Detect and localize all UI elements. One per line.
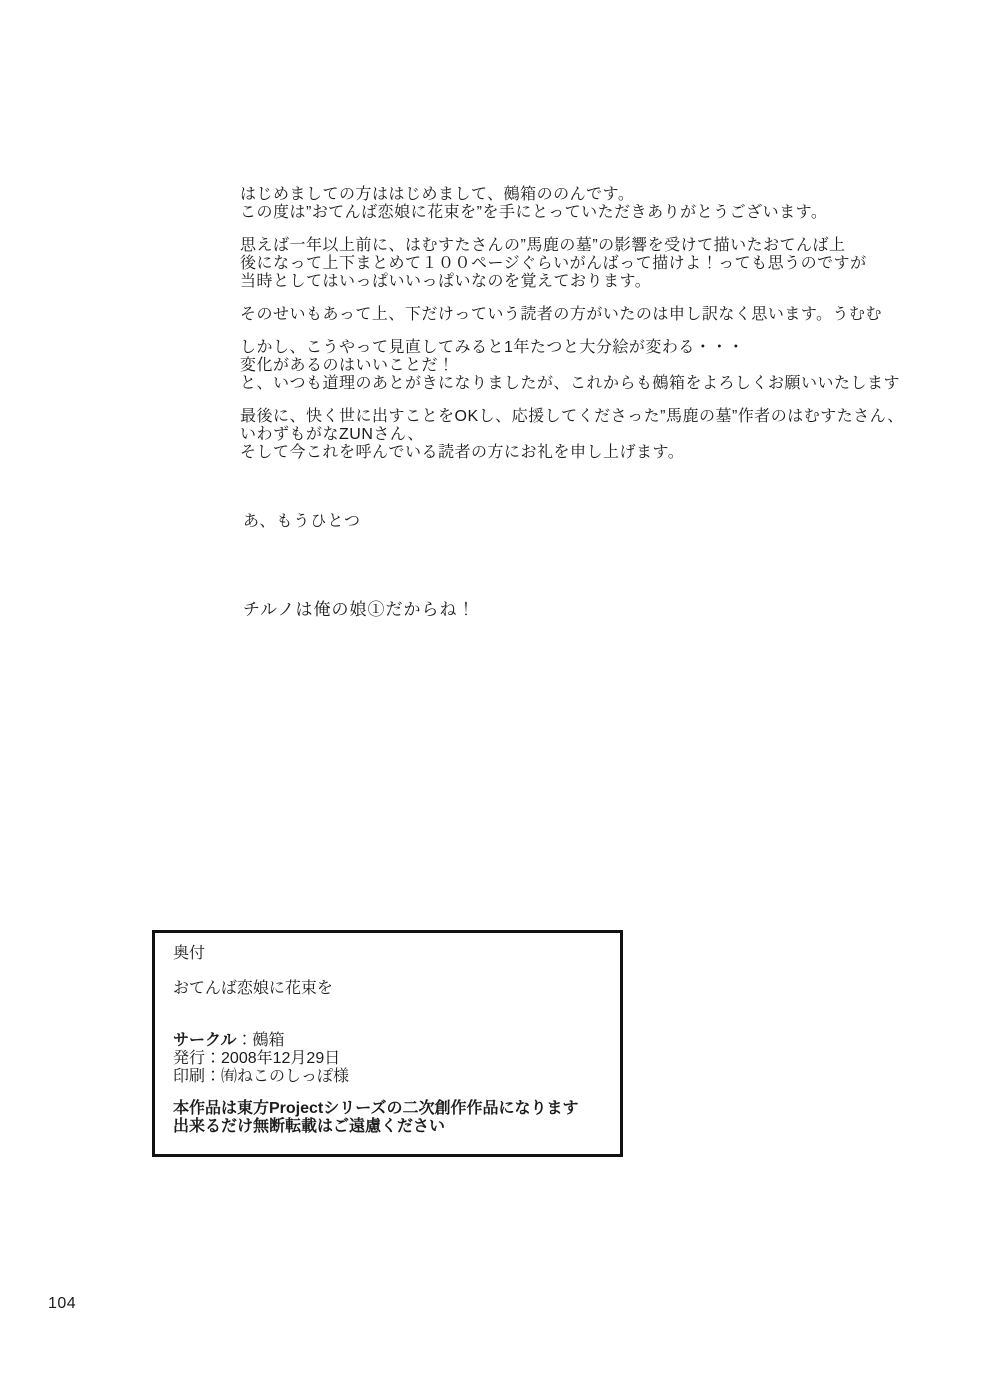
- colophon-row-label: サークル: [173, 1032, 237, 1049]
- afterword-line: 後になって上下まとめて１００ページぐらいがんばって描けよ！っても思うのですが: [240, 255, 904, 273]
- afterword-line: 当時としてはいっぱいいっぱいなのを覚えております。: [240, 273, 904, 291]
- afterword-line: そのせいもあって上、下だけっていう読者の方がいたのは申し訳なく思います。うむむ: [240, 306, 904, 324]
- afterword-text: はじめましての方ははじめまして、鵺箱ののんです。この度は”おてんば恋娘に花束を”…: [240, 186, 904, 477]
- afterword-line: 最後に、快く世に出すことをOKし、応援してくださった”馬鹿の墓”作者のはむすたさ…: [240, 408, 904, 426]
- afterword-line: そして今これを呼んでいる読者の方にお礼を申し上げます。: [240, 444, 904, 462]
- colophon-row-value: 鵺箱: [253, 1032, 285, 1049]
- colophon-box: 奥付 おてんば恋娘に花束を サークル：鵺箱発行：2008年12月29日印刷：㈲ね…: [152, 930, 623, 1157]
- afterword-line: 思えば一年以上前に、はむすたさんの”馬鹿の墓”の影響を受けて描いたおてんば上: [240, 237, 904, 255]
- colophon-rows: サークル：鵺箱発行：2008年12月29日印刷：㈲ねこのしっぽ様: [173, 1032, 602, 1086]
- colophon-book-title: おてんば恋娘に花束を: [173, 980, 602, 998]
- afterword-punchline: チルノは俺の娘①だからね！: [243, 595, 475, 620]
- afterword-paragraph: 思えば一年以上前に、はむすたさんの”馬鹿の墓”の影響を受けて描いたおてんば上後に…: [240, 237, 904, 291]
- afterword-line: 変化があるのはいいことだ！: [240, 357, 904, 375]
- colophon-row-label: 発行: [173, 1050, 205, 1067]
- colophon-row: 発行：2008年12月29日: [173, 1050, 602, 1068]
- colophon-row-separator: ：: [205, 1068, 221, 1085]
- colophon-heading: 奥付: [173, 945, 602, 963]
- scanned-afterword-page: はじめましての方ははじめまして、鵺箱ののんです。この度は”おてんば恋娘に花束を”…: [0, 0, 1000, 1398]
- afterword-aside: あ、もうひとつ: [243, 508, 361, 531]
- afterword-paragraph: しかし、こうやって見直してみると1年たつと大分絵が変わる・・・変化があるのはいい…: [240, 339, 904, 393]
- colophon-row-value: ㈲ねこのしっぽ様: [221, 1068, 349, 1085]
- colophon-row-separator: ：: [205, 1050, 221, 1067]
- afterword-line: はじめましての方ははじめまして、鵺箱ののんです。: [240, 186, 904, 204]
- colophon-row: サークル：鵺箱: [173, 1032, 602, 1050]
- page-number: 104: [48, 1295, 76, 1313]
- colophon-row-label: 印刷: [173, 1068, 205, 1085]
- colophon-note-line: 本作品は東方Projectシリーズの二次創作作品になります: [173, 1100, 602, 1118]
- afterword-line: いわずもがなZUNさん、: [240, 426, 904, 444]
- afterword-paragraph: そのせいもあって上、下だけっていう読者の方がいたのは申し訳なく思います。うむむ: [240, 306, 904, 324]
- afterword-paragraph: はじめましての方ははじめまして、鵺箱ののんです。この度は”おてんば恋娘に花束を”…: [240, 186, 904, 222]
- colophon-notes: 本作品は東方Projectシリーズの二次創作作品になります出来るだけ無断転載はご…: [173, 1100, 602, 1136]
- afterword-paragraph: 最後に、快く世に出すことをOKし、応援してくださった”馬鹿の墓”作者のはむすたさ…: [240, 408, 904, 462]
- afterword-line: と、いつも道理のあとがきになりましたが、これからも鵺箱をよろしくお願いいたします: [240, 375, 904, 393]
- colophon-row-separator: ：: [237, 1032, 253, 1049]
- colophon-row: 印刷：㈲ねこのしっぽ様: [173, 1068, 602, 1086]
- colophon-note-line: 出来るだけ無断転載はご遠慮ください: [173, 1118, 602, 1136]
- afterword-line: この度は”おてんば恋娘に花束を”を手にとっていただきありがとうございます。: [240, 204, 904, 222]
- afterword-line: しかし、こうやって見直してみると1年たつと大分絵が変わる・・・: [240, 339, 904, 357]
- colophon-row-value: 2008年12月29日: [221, 1050, 340, 1067]
